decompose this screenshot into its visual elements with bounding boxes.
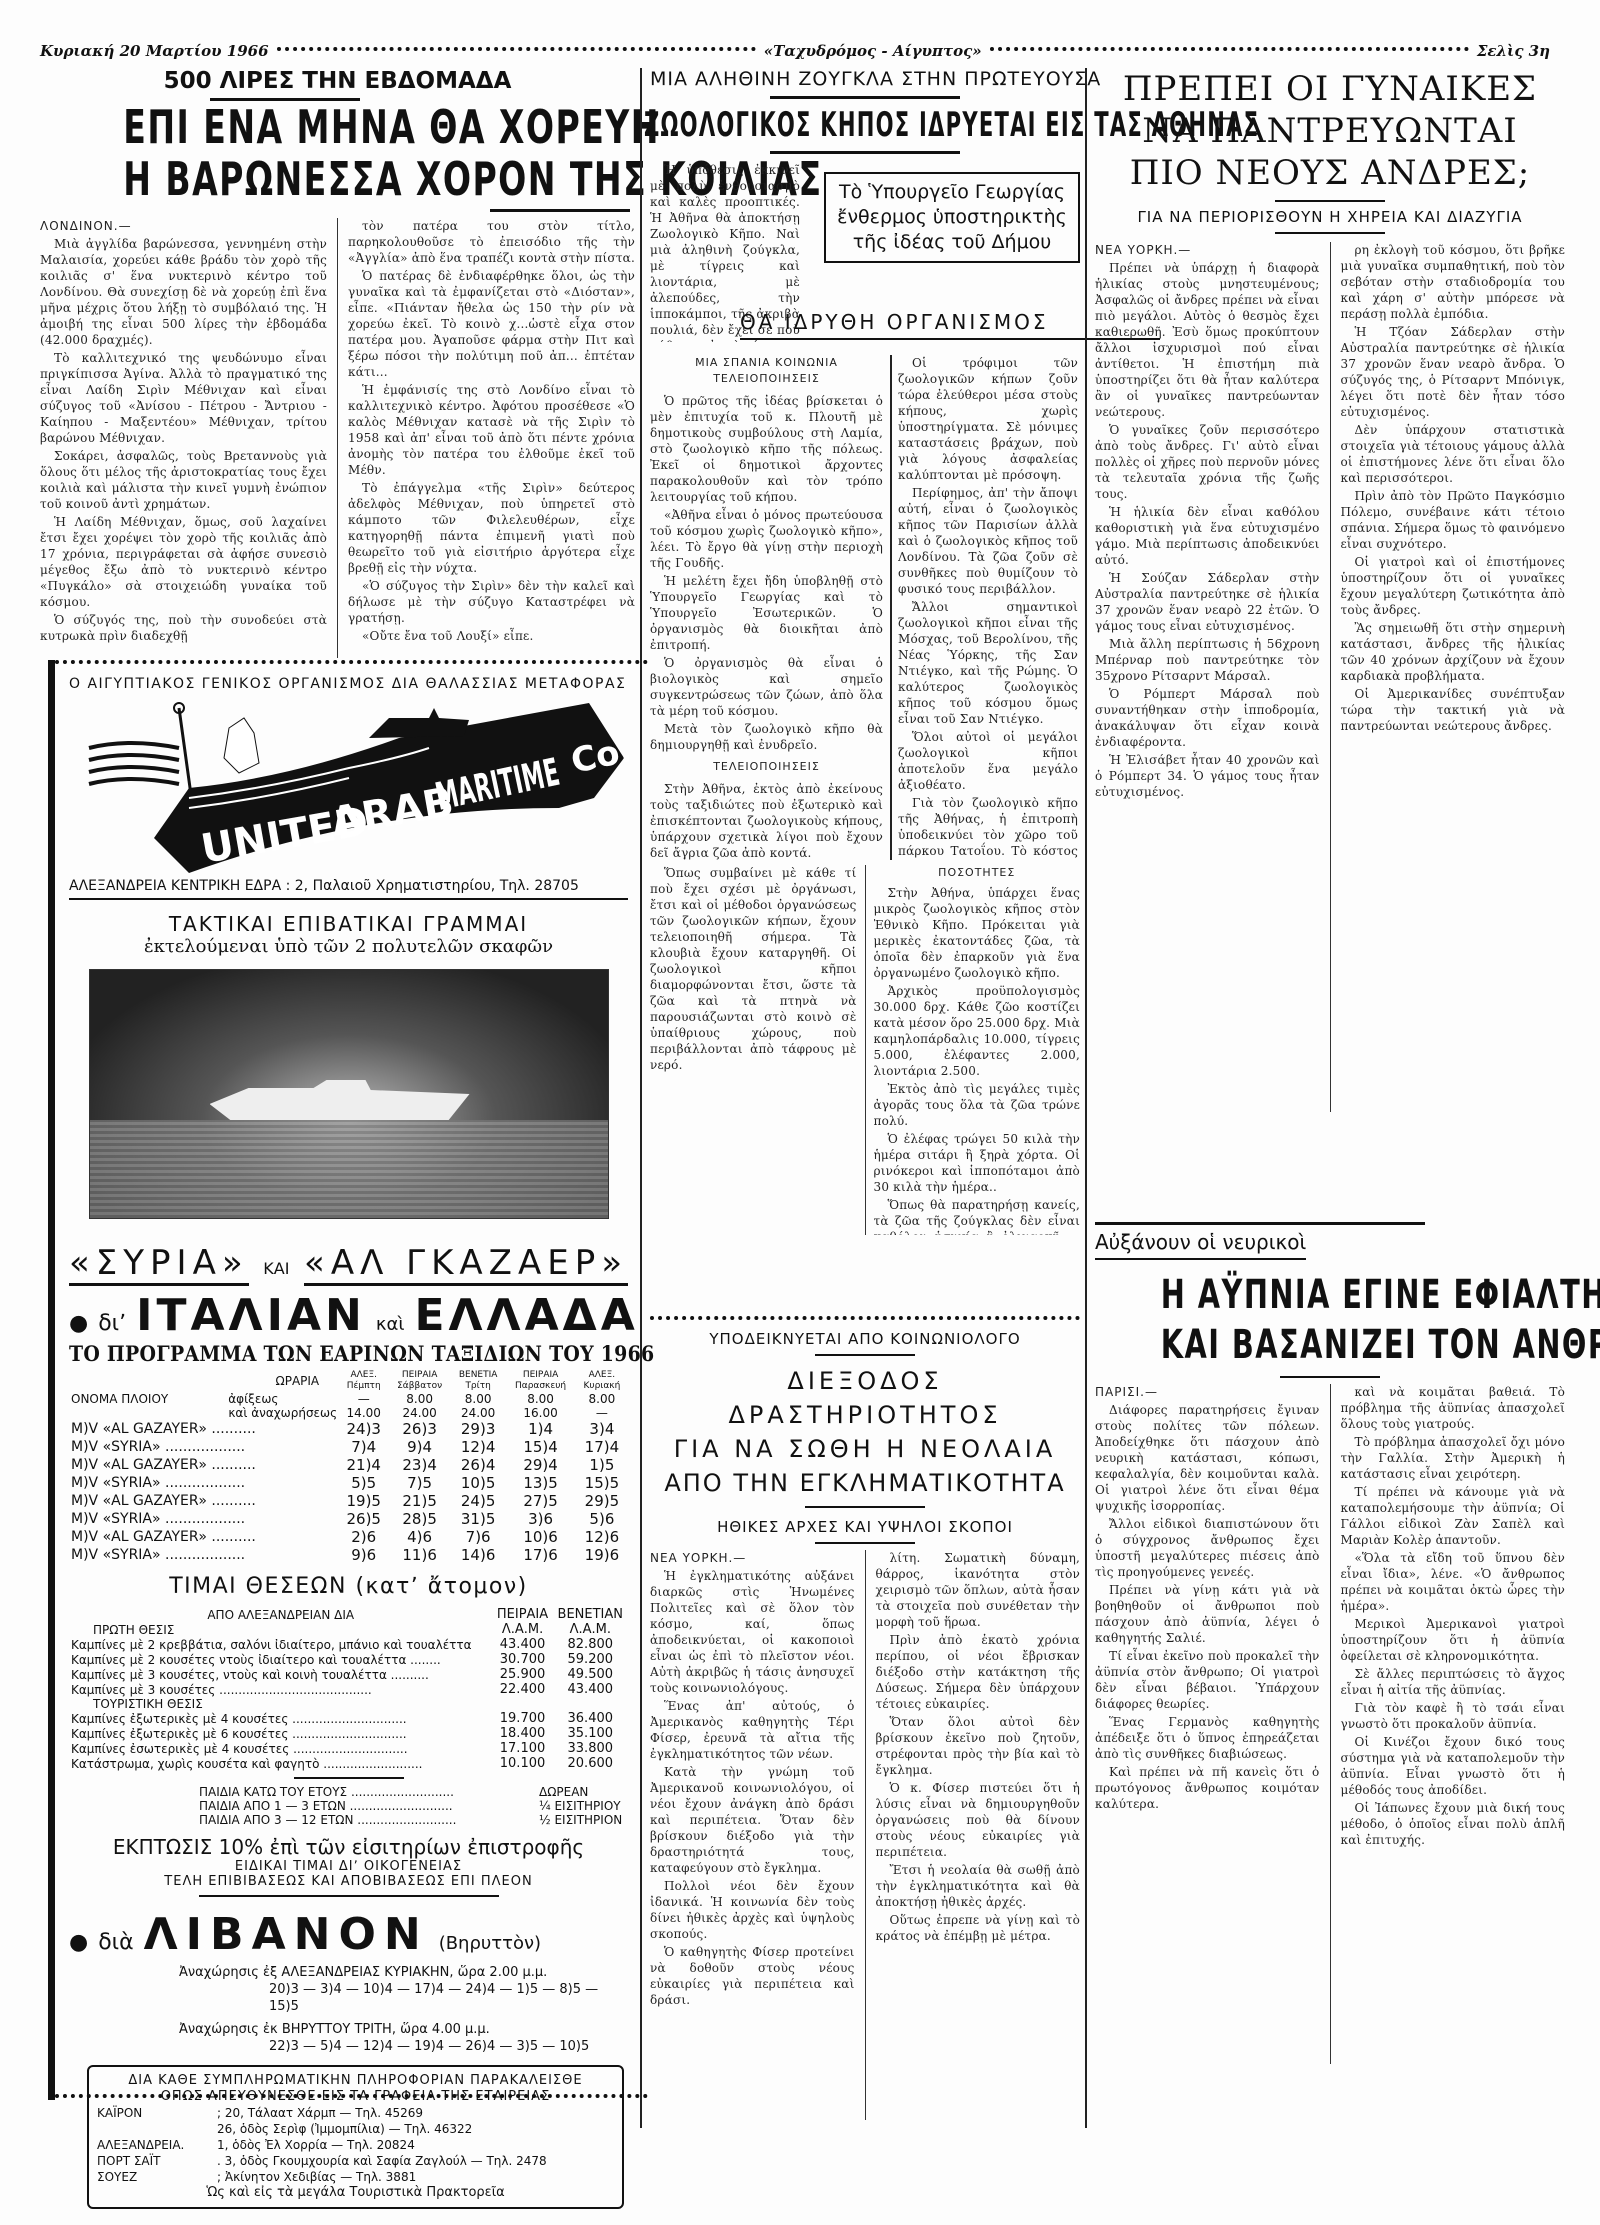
- paragraph: Ὅπως θὰ παρατηρήσῃ κανείς, τὰ ζῶα τῆς ζο…: [874, 1197, 1081, 1235]
- ship-name: M)V «SYRIA» ..................: [69, 1510, 339, 1528]
- office-row: ΠΟΡΤ ΣΑΪΤ. 3, ὁδὸς Γκουμχουρία καὶ Σαφία…: [97, 2153, 614, 2169]
- column-header: ΒΕΝΕΤΙΑΝ: [553, 1607, 628, 1622]
- office-address: ; Ἀκίνητον Χεδιβίας — Τηλ. 3881: [217, 2169, 416, 2185]
- paragraph: τὸν πατέρα του στὸν τίτλο, παρηκολουθοῦσ…: [348, 218, 635, 266]
- currency-label: Λ.Α.Μ.: [493, 1622, 553, 1637]
- divider: [1280, 1376, 1380, 1378]
- schedule-row: M)V «AL GAZAYER» ..........21)423)426)42…: [69, 1456, 628, 1474]
- paragraph: Ἡ Σούζαν Σάδερλαν στὴν Αὐστραλία παντρεύ…: [1095, 570, 1320, 634]
- sailing-date: 23)4: [388, 1456, 451, 1474]
- divider: [294, 1777, 404, 1779]
- office-city: ΠΟΡΤ ΣΑΪΤ: [97, 2153, 217, 2169]
- schedule-table: ΩΡΑΡΙΑ ΑΛΕΞ.Πέμπτη ΠΕΙΡΑΙΑΣάββατον ΒΕΝΕΤ…: [69, 1370, 628, 1564]
- sailing-date: 21)5: [388, 1492, 451, 1510]
- conjunction: ΚΑΙ: [263, 1259, 289, 1278]
- paragraph: Ἡ Ἐλισάβετ ἦταν 40 χρονῶν καὶ ὁ Ρόμπερτ …: [1095, 752, 1320, 800]
- paragraph: Μιὰ ἀγγλίδα βαρώνεσσα, γεννημένη στὴν Μα…: [40, 236, 327, 348]
- paragraph: Καὶ πρέπει νὰ πῆ κανεὶς ὅτι ὁ πρωτόγονος…: [1095, 1764, 1320, 1812]
- paragraph: Διάφορες παρατηρήσεις ἔγιναν στοὺς πολίτ…: [1095, 1402, 1320, 1514]
- fare-price: 43.400: [553, 1682, 628, 1697]
- column-rule: [890, 355, 892, 860]
- column-header: ΠΕΙΡΑΙΑΣάββατον: [388, 1370, 451, 1392]
- masthead-rule: [990, 47, 1469, 51]
- cabin-type: Καμπίνες ἐξωτερικὲς μὲ 6 κουσέτες ......…: [69, 1726, 493, 1741]
- article-kicker: ΥΠΟΔΕΙΚΝΥΕΤΑΙ ΑΠΟ ΚΟΙΝΩΝΙΟΛΟΓΟ: [650, 1330, 1080, 1348]
- article-kicker: 500 ΛΙΡΕΣ ΤΗΝ ΕΒΔΟΜΑΔΑ: [40, 68, 635, 94]
- embarkation-fees: ΤΕΛΗ ΕΠΙΒΙΒΑΣΕΩΣ ΚΑΙ ΑΠΟΒΙΒΑΣΕΩΣ ΕΠΙ ΠΛΕ…: [69, 1874, 628, 1889]
- ship-names: «ΣΥΡΙΑ» ΚΑΙ «ΑΛ ΓΚΑΖΑΕΡ»: [69, 1243, 628, 1286]
- fare-price: 82.800: [553, 1637, 628, 1652]
- fare-price: 49.500: [553, 1667, 628, 1682]
- office-row: ΣΟΥΕΖ; Ἀκίνητον Χεδιβίας — Τηλ. 3881: [97, 2169, 614, 2185]
- paragraph: Πρέπει νὰ ὑπάρχῃ ἡ διαφορὰ ἡλικίας στοὺς…: [1095, 260, 1320, 420]
- paragraph: Μερικοὶ Ἀμερικανοὶ γιατροὶ ὑποστηρίζουν …: [1341, 1616, 1566, 1664]
- schedule-row: M)V «AL GAZAYER» ..........19)521)524)52…: [69, 1492, 628, 1510]
- paragraph: Ἄλλοι σημαντικοὶ ζωολογικοὶ κῆποι εἶναι …: [898, 599, 1078, 727]
- departure-time: 16.00: [505, 1406, 575, 1420]
- paragraph: Σοκάρει, ἀσφαλῶς, τοὺς Βρεταννοὺς γιὰ ὅλ…: [40, 448, 327, 512]
- programme-title: ΤΟ ΠΡΟΓΡΑΜΜΑ ΤΩΝ ΕΑΡΙΝΩΝ ΤΑΞΙΔΙΩΝ ΤΟΥ 19…: [69, 1341, 572, 1366]
- paragraph: Δὲν ὑπάρχουν στατιστικὰ στοιχεῖα γιὰ τέτ…: [1341, 422, 1566, 486]
- column-header: ΠΕΙΡΑΙΑΠαρασκευή: [505, 1370, 575, 1392]
- bullet-icon: ●: [69, 1930, 88, 1955]
- dateline: ΝΕΑ ΥΟΡΚΗ.—: [650, 1550, 855, 1566]
- headline: ΠΡΕΠΕΙ ΟΙ ΓΥΝΑΙΚΕΣ: [1095, 68, 1565, 110]
- article-column: ρη ἐκλογὴ τοῦ κόσμου, ὅτι βρῆκε μιὰ γυνα…: [1341, 242, 1566, 1112]
- paragraph: Στὴν Ἀθήνα, ὑπάρχει ἕνας μικρὸς ζωολογικ…: [874, 885, 1081, 981]
- divider: [805, 1506, 925, 1508]
- column-header: ΠΕΙΡΑΙΑ: [493, 1607, 553, 1622]
- sailing-date: 24)5: [451, 1492, 505, 1510]
- child-age-label: ΠΑΙΔΙΑ ΑΠΟ 3 — 12 ΕΤΩΝ .................…: [199, 1813, 539, 1827]
- paragraph: λίτη. Σωματικὴ δύναμη, θάρρος, ἱκανότητα…: [876, 1550, 1081, 1630]
- fare-price: 18.400: [493, 1726, 553, 1741]
- ship-icon: [369, 708, 469, 738]
- article-insomnia: Αὐξάνουν οἱ νευρικοὶ Η ΑΫΠΝΙΑ ΕΓΙΝΕ ΕΦΙΑ…: [1095, 1230, 1565, 2064]
- paragraph: «Οὔτε ἔνα τοῦ Λουξί» εἶπε.: [348, 628, 635, 644]
- fare-row: Καμπίνες μὲ 3 κουσέτες, ντοὺς καὶ κοινὴ …: [69, 1667, 628, 1682]
- arrival-time: 8.00: [451, 1392, 505, 1406]
- sailing-date: 26)3: [388, 1420, 451, 1438]
- fare-price: 25.900: [493, 1667, 553, 1682]
- subheading: ΠΟΣΟΤΗΤΕΣ: [874, 865, 1081, 881]
- article-column: Οἱ τρόφιμοι τῶν ζωολογικῶν κήπων ζοῦν τώ…: [898, 355, 1078, 860]
- ship-name: M)V «AL GAZAYER» ..........: [69, 1420, 339, 1438]
- divider: [770, 96, 960, 99]
- shipping-advertisement: Ο ΑΙΓΥΠΤΙΑΚΟΣ ΓΕΝΙΚΟΣ ΟΡΓΑΝΙΣΜΟΣ ΔΙΑ ΘΑΛ…: [48, 660, 638, 2100]
- sailing-date: 9)6: [339, 1546, 388, 1564]
- column-rule: [1330, 1384, 1331, 2064]
- paragraph: Ὁ γυναῖκες ζοῦν περισσότερο ἀπὸ τοὺς ἄνδ…: [1095, 422, 1320, 502]
- subheading: ΜΙΑ ΣΠΑΝΙΑ ΚΟΙΝΩΝΙΑ ΤΕΛΕΙΟΠΟΙΗΣΕΙΣ: [650, 355, 883, 387]
- sailing-date: 14)6: [451, 1546, 505, 1564]
- paragraph: Ἡ Τζόαν Σάδερλαν στὴν Αὐστραλία παντρεύτ…: [1341, 324, 1566, 420]
- column-header: ΩΡΑΡΙΑ: [69, 1370, 339, 1392]
- subheading: ΤΕΛΕΙΟΠΟΙΗΣΕΙΣ: [650, 759, 883, 775]
- children-fares: ΠΑΙΔΙΑ ΚΑΤΩ ΤΟΥ ΕΤΟΥΣ ..................…: [69, 1785, 628, 1827]
- route-destination: ΙΤΑΛΙΑΝ: [136, 1290, 366, 1341]
- cabin-type: Καμπίνες ἐσωτερικὲς μὲ 4 κουσέτες ......…: [69, 1741, 493, 1756]
- divider: [815, 1542, 915, 1544]
- article-sociologist: ΥΠΟΔΕΙΚΝΥΕΤΑΙ ΑΠΟ ΚΟΙΝΩΝΙΟΛΟΓΟ ΔΙΕΞΟΔΟΣ …: [650, 1330, 1080, 2120]
- currency-label: Λ.Α.Μ.: [553, 1622, 628, 1637]
- paragraph: «Ὅλα τὰ εἴδη τοῦ ὕπνου δὲν εἶναι ἴδια», …: [1341, 1550, 1566, 1614]
- headline: ΑΠΟ ΤΗΝ ΕΓΚΛΗΜΑΤΙΚΟΤΗΤΑ: [650, 1466, 1080, 1500]
- paragraph: Ἕνας Γερμανὸς καθηγητὴς ἀπέδειξε ὅτι ὁ ὕ…: [1095, 1714, 1320, 1762]
- sailing-date: 29)5: [576, 1492, 628, 1510]
- issue-date: Κυριακή 20 Μαρτίου 1966: [40, 42, 269, 60]
- headline: ΔΙΕΞΟΔΟΣ ΔΡΑΣΤΗΡΙΟΤΗΤΟΣ: [650, 1364, 1080, 1432]
- route-destination: ΛΙΒΑΝΟΝ: [144, 1909, 429, 1960]
- paragraph: Ἡ μελέτη ἔχει ἤδη ὑποβληθῇ στὸ Ὑπουργεῖο…: [650, 573, 883, 653]
- paragraph: Οἱ τρόφιμοι τῶν ζωολογικῶν κήπων ζοῦν τώ…: [898, 355, 1078, 483]
- article-column: τὸν πατέρα του στὸν τίτλο, παρηκολουθοῦσ…: [348, 218, 635, 658]
- cabin-type: Καμπίνες ἐξωτερικὲς μὲ 4 κουσέτες ......…: [69, 1711, 493, 1726]
- sailing-date: 4)6: [388, 1528, 451, 1546]
- sailing-date: 17)6: [505, 1546, 575, 1564]
- contact-box: ΔΙΑ ΚΑΘΕ ΣΥΜΠΛΗΡΩΜΑΤΙΚΗΝ ΠΛΗΡΟΦΟΡΙΑΝ ΠΑΡ…: [87, 2065, 624, 2209]
- company-banner: UNITED ARAB MARITIME Co.: [69, 698, 628, 878]
- fare-price: 59.200: [553, 1652, 628, 1667]
- fare-row: Καμπίνες μὲ 3 κουσέτες .................…: [69, 1682, 628, 1697]
- office-address: ; 20, Τάλαατ Χάρμπ — Τηλ. 45269: [217, 2105, 423, 2121]
- paragraph: Ἡ ἡλικία δὲν εἶναι καθόλου καθοριστικὴ γ…: [1095, 504, 1320, 568]
- sailing-date: 15)4: [505, 1438, 575, 1456]
- paragraph: «Ἀθῆνα εἶναι ὁ μόνος πρωτεύουσα τοῦ κόσμ…: [650, 507, 883, 571]
- contact-footer: Ὡς καὶ εἰς τὰ μεγάλα Τουριστικὰ Πρακτορε…: [97, 2185, 614, 2201]
- sailing-date: 27)5: [505, 1492, 575, 1510]
- departure-info: Ἀναχώρησις ἐξ ΑΛΕΞΑΝΔΡΕΙΑΣ ΚΥΡΙΑΚΗΝ, ὥρα…: [179, 1964, 628, 1981]
- route-destination: ΕΛΛΑΔΑ: [414, 1290, 638, 1341]
- headline: ΖΩΟΛΟΓΙΚΟΣ ΚΗΠΟΣ ΙΔΡΥΕΤΑΙ ΕΙΣ ΤΑΣ ΑΘΗΝΑΣ: [644, 105, 1078, 145]
- fare-class: ΠΡΩΤΗ ΘΕΣΙΣ: [69, 1622, 493, 1637]
- paragraph: Οἱ Ἰάπωνες ἔχουν μιὰ δική τους μέθοδο, ὁ…: [1341, 1800, 1566, 1848]
- masthead: Κυριακή 20 Μαρτίου 1966 «Ταχυδρόμος - Αί…: [40, 40, 1550, 62]
- arrival-time: 8.00: [505, 1392, 575, 1406]
- paragraph: Σὲ ἄλλες περιπτώσεις τὸ ἄγχος εἶναι ἡ αἰ…: [1341, 1666, 1566, 1698]
- route-heading: ● διὰ ΛΙΒΑΝΟΝ (Βηρυττὸν): [69, 1909, 628, 1960]
- divider: [815, 1354, 915, 1356]
- paragraph: Ἄλλοι εἰδικοὶ διαπιστώνουν ὅτι ὁ σύγχρον…: [1095, 1516, 1320, 1580]
- cabin-type: Καμπίνες μὲ 3 κουσέτες .................…: [69, 1682, 493, 1697]
- sailing-date: 10)5: [451, 1474, 505, 1492]
- article-column: ΝΕΑ ΥΟΡΚΗ.— Ἡ ἐγκληματικότης αὐξάνει δια…: [650, 1550, 855, 2120]
- article-kicker: ΜΙΑ ΑΛΗΘΙΝΗ ΖΟΥΓΚΛΑ ΣΤΗΝ ΠΡΩΤΕΥΟΥΣΑ: [650, 68, 1080, 90]
- headline: Η ΑΫΠΝΙΑ ΕΓΙΝΕ ΕΦΙΑΛΤΗΣ: [1161, 1270, 1499, 1320]
- article-belly-dance: 500 ΛΙΡΕΣ ΤΗΝ ΕΒΔΟΜΑΔΑ ΕΠΙ ΕΝΑ ΜΗΝΑ ΘΑ Χ…: [40, 68, 635, 658]
- section-divider: [1095, 1222, 1425, 1225]
- route-prefix: διʼ: [98, 1311, 126, 1336]
- route-city: (Βηρυττὸν): [439, 1933, 541, 1954]
- sailing-date: 7)4: [339, 1438, 388, 1456]
- family-fares: ΕΙΔΙΚΑΙ ΤΙΜΑΙ ΔΙʼ ΟΙΚΟΓΕΝΕΙΑΣ: [69, 1859, 628, 1874]
- fare-price: 10.100: [493, 1756, 553, 1771]
- ad-headquarters: ΑΛΕΞΑΝΔΡΕΙΑ ΚΕΝΤΡΙΚΗ ΕΔΡΑ : 2, Παλαιοῦ Χ…: [69, 878, 628, 900]
- fare-price: 36.400: [553, 1711, 628, 1726]
- paragraph: Ὁ ὀργανισμὸς θὰ εἶναι ὁ βιολογικὸς καὶ σ…: [650, 655, 883, 719]
- fare-class: ΤΟΥΡΙΣΤΙΚΗ ΘΕΣΙΣ: [69, 1697, 493, 1711]
- child-fare: ΔΩΡΕΑΝ: [539, 1785, 588, 1799]
- paragraph: Τὸ πρόβλημα ἀπασχολεῖ ὄχι μόνο τὴν Γαλλί…: [1341, 1434, 1566, 1482]
- paragraph: καὶ νὰ κοιμᾶται βαθειά. Τὸ πρόβλημα τῆς …: [1341, 1384, 1566, 1432]
- article-column: ΜΙΑ ΣΠΑΝΙΑ ΚΟΙΝΩΝΙΑ ΤΕΛΕΙΟΠΟΙΗΣΕΙΣ Ὁ πρῶ…: [650, 355, 883, 860]
- column-header: ΑΛΕΞ.Πέμπτη: [339, 1370, 388, 1392]
- fare-price: 19.700: [493, 1711, 553, 1726]
- paragraph: Πρὶν ἀπὸ ἑκατὸ χρόνια περίπου, οἱ νέοι ἔ…: [876, 1632, 1081, 1712]
- paragraph: Ὁ πατέρας δὲ ἐνδιαφέρθηκε ὅλοι, ὡς τὴν γ…: [348, 268, 635, 380]
- departure-info: Ἀναχώρησις ἐκ ΒΗΡΥΤΤΟΥ ΤΡΙΤΗ, ὥρα 4.00 μ…: [179, 2021, 628, 2038]
- paragraph: Ὁ πρῶτος τῆς ἰδέας βρίσκεται ὁ μὲν ἐπιτυ…: [650, 393, 883, 505]
- contact-intro: ΔΙΑ ΚΑΘΕ ΣΥΜΠΛΗΡΩΜΑΤΙΚΗΝ ΠΛΗΡΟΦΟΡΙΑΝ ΠΑΡ…: [97, 2073, 614, 2089]
- sailing-date: 2)6: [339, 1528, 388, 1546]
- child-age-label: ΠΑΙΔΙΑ ΚΑΤΩ ΤΟΥ ΕΤΟΥΣ ..................…: [199, 1785, 539, 1799]
- child-fare-row: ΠΑΙΔΙΑ ΑΠΟ 1 — 3 ΕΤΩΝ ..................…: [199, 1799, 628, 1813]
- departure-time: 14.00: [339, 1406, 388, 1420]
- ad-organization: Ο ΑΙΓΥΠΤΙΑΚΟΣ ΓΕΝΙΚΟΣ ΟΡΓΑΝΙΣΜΟΣ ΔΙΑ ΘΑΛ…: [69, 676, 628, 692]
- paragraph: Ἡ ἐμφάνισίς της στὸ Λονδίνο εἶναι τὸ καλ…: [348, 382, 635, 478]
- sailing-date: 24)3: [339, 1420, 388, 1438]
- ship-name: M)V «SYRIA» ..................: [69, 1474, 339, 1492]
- paragraph: Ἀρχικὸς προϋπολογισμὸς 30.000 δρχ. Κάθε …: [874, 983, 1081, 1079]
- paragraph: Τὸ καλλιτεχνικό της ψευδώνυμο εἶναι πριγ…: [40, 350, 327, 446]
- office-row: ΚΑΪΡΟΝ; 20, Τάλαατ Χάρμπ — Τηλ. 45269: [97, 2105, 614, 2121]
- headline: ΓΙΑ ΝΑ ΣΩΘΗ Η ΝΕΟΛΑΙΑ: [650, 1432, 1080, 1466]
- sailing-date: 19)6: [576, 1546, 628, 1564]
- paragraph: Ἡ ἐγκληματικότης αὐξάνει διαρκῶς στὶς Ἡν…: [650, 1568, 855, 1696]
- cabin-type: Καμπίνες μὲ 2 κουσέτες ντοὺς ἰδιαίτερο κ…: [69, 1652, 493, 1667]
- eagle-icon: [224, 718, 259, 773]
- ship-photo: [89, 969, 609, 1219]
- column-rule: [337, 218, 338, 658]
- paragraph: Ἔτσι ἡ νεολαία θὰ σωθῇ ἀπὸ τὴν ἐγκληματι…: [876, 1862, 1081, 1910]
- article-column: ΠΟΣΟΤΗΤΕΣ Στὴν Ἀθήνα, ὑπάρχει ἕνας μικρὸ…: [874, 865, 1081, 1235]
- office-city: ΑΛΕΞΑΝΔΡΕΙΑ.: [97, 2137, 217, 2153]
- ship-name: M)V «AL GAZAYER» ..........: [69, 1456, 339, 1474]
- column-header: ΑΠΟ ΑΛΕΞΑΝΔΡΕΙΑΝ ΔΙΑ: [69, 1607, 493, 1622]
- headline: ΚΑΙ ΒΑΣΑΝΙΖΕΙ ΤΟΝ ΑΝΘΡΩΠΟΝ: [1161, 1320, 1499, 1370]
- paragraph: Μετὰ τὸν ζωολογικὸ κῆπο θὰ δημιουργηθῇ κ…: [650, 721, 883, 753]
- paragraph: Περίφημος, ἀπ' τὴν ἄποψι αὐτή, εἶναι ὁ ζ…: [898, 485, 1078, 597]
- pennant-flag-icon: UNITED ARAB MARITIME Co.: [69, 698, 629, 878]
- sailing-date: 15)5: [576, 1474, 628, 1492]
- child-fare: ¼ ΕΙΣΙΤΗΡΙΟΥ: [539, 1799, 621, 1813]
- paragraph: Ἐκτὸς ἀπὸ τὶς μεγάλες τιμὲς ἀγορᾶς τους …: [874, 1081, 1081, 1129]
- subheading: ΓΙΑ ΝΑ ΠΕΡΙΟΡΙΣΘΟΥΝ Η ΧΗΡΕΙΑ ΚΑΙ ΔΙΑΖΥΓΙ…: [1095, 208, 1565, 226]
- fare-price: 30.700: [493, 1652, 553, 1667]
- sailing-date: 3)6: [505, 1510, 575, 1528]
- ship-name: M)V «SYRIA» ..................: [69, 1546, 339, 1564]
- sailing-date: 10)6: [505, 1528, 575, 1546]
- departure-time: 24.00: [451, 1406, 505, 1420]
- dateline: ΛΟΝΔΙΝΟΝ.—: [40, 218, 327, 234]
- child-fare: ½ ΕΙΣΙΤΗΡΙΟΝ: [539, 1813, 622, 1827]
- paragraph: Οἱ γιατροὶ καὶ οἱ ἐπιστήμονες ὑποστηρίζο…: [1341, 554, 1566, 618]
- paper-name: «Ταχυδρόμος - Αίγυπτος»: [764, 42, 982, 60]
- paragraph: Μιὰ ἄλλη περίπτωσις ἡ 56χρονη Μπέρναρ πο…: [1095, 636, 1320, 684]
- headline: Η ΒΑΡΩΝΕΣΣΑ ΧΟΡΟΝ ΤΗΣ ΚΟΙΛΙΑΣ: [123, 153, 551, 205]
- paragraph: Οἱ Ἀμερικανίδες συνέπτυξαν τώρα τὴν τακτ…: [1341, 686, 1566, 734]
- sailing-date: 7)5: [388, 1474, 451, 1492]
- sailing-date: 1)4: [505, 1420, 575, 1438]
- headline: ΕΠΙ ΕΝΑ ΜΗΝΑ ΘΑ ΧΟΡΕΥΗ: [123, 101, 551, 153]
- paragraph: Ὁ σύζυγός της, ποὺ τὴν συνοδεύει στὰ κυτ…: [40, 612, 327, 644]
- paragraph: Ἂς σημειωθῆ ὅτι στὴν σημερινὴ κατάστασι,…: [1341, 620, 1566, 684]
- fare-price: 43.400: [493, 1637, 553, 1652]
- fare-class-row: ΠΡΩΤΗ ΘΕΣΙΣΛ.Α.Μ.Λ.Α.Μ.: [69, 1622, 628, 1637]
- paragraph: Πολλοὶ νέοι δὲν ἔχουν ἰδανικά. Ἡ κοινωνί…: [650, 1878, 855, 1942]
- departures: Ἀναχώρησις ἐξ ΑΛΕΞΑΝΔΡΕΙΑΣ ΚΥΡΙΑΚΗΝ, ὥρα…: [69, 1964, 628, 2055]
- column-rule: [1330, 242, 1331, 1112]
- fare-row: Καμπίνες ἐξωτερικὲς μὲ 4 κουσέτες ......…: [69, 1711, 628, 1726]
- currency-label: [493, 1697, 553, 1711]
- fare-price: 35.100: [553, 1726, 628, 1741]
- row-label: ΟΝΟΜΑ ΠΛΟΙΟΥἀφίξεως: [69, 1392, 339, 1406]
- office-city: ΣΟΥΕΖ: [97, 2169, 217, 2185]
- divider: [770, 151, 960, 154]
- sailing-date: 28)5: [388, 1510, 451, 1528]
- subheading: ΗΘΙΚΕΣ ΑΡΧΕΣ ΚΑΙ ΥΨΗΛΟΙ ΣΚΟΠΟΙ: [650, 1518, 1080, 1536]
- departure-time: —: [576, 1406, 628, 1420]
- fare-price: 20.600: [553, 1756, 628, 1771]
- ad-border: [55, 660, 648, 666]
- paragraph: Ὁ κ. Φίσερ πιστεύει ὅτι ἡ λύσις εἶναι νὰ…: [876, 1780, 1081, 1860]
- article-zoo: ΜΙΑ ΑΛΗΘΙΝΗ ΖΟΥΓΚΛΑ ΣΤΗΝ ΠΡΩΤΕΥΟΥΣΑ ΖΩΟΛ…: [650, 68, 1080, 342]
- fare-row: Καμπίνες μὲ 2 κρεββάτια, σαλόνι ἰδιαίτερ…: [69, 1637, 628, 1652]
- paragraph: Τί εἶναι ἐκεῖνο ποὺ προκαλεῖ τὴν ἀϋπνία …: [1095, 1648, 1320, 1712]
- prices-title: ΤΙΜΑΙ ΘΕΣΕΩΝ (κατʼ ἄτομον): [69, 1574, 628, 1599]
- paragraph: Τί πρέπει νὰ κάνουμε γιὰ νὰ καταπολεμήσο…: [1341, 1484, 1566, 1548]
- dateline: ΠΑΡΙΣΙ.—: [1095, 1384, 1320, 1400]
- fare-row: Καμπίνες μὲ 2 κουσέτες ντοὺς ἰδιαίτερο κ…: [69, 1652, 628, 1667]
- paragraph: Στὴν Ἀθῆνα, ἐκτὸς ἀπὸ ἐκείνους τοὺς ταξι…: [650, 781, 883, 860]
- child-fare-row: ΠΑΙΔΙΑ ΚΑΤΩ ΤΟΥ ΕΤΟΥΣ ..................…: [199, 1785, 628, 1799]
- sailing-date: 1)5: [576, 1456, 628, 1474]
- schedule-row: M)V «AL GAZAYER» ..........2)64)67)610)6…: [69, 1528, 628, 1546]
- fare-row: Καμπίνες ἐσωτερικὲς μὲ 4 κουσέτες ......…: [69, 1741, 628, 1756]
- ship-name: M)V «AL GAZAYER» ..........: [69, 1492, 339, 1510]
- sailing-date: 13)5: [505, 1474, 575, 1492]
- sailing-date: 7)6: [451, 1528, 505, 1546]
- office-address: . 3, ὁδὸς Γκουμχουρία καὶ Σαφία Ζαγλούλ …: [217, 2153, 547, 2169]
- row-label: καὶ ἀναχωρήσεως: [69, 1406, 339, 1420]
- column-rule: [640, 68, 642, 2128]
- office-address: 26, ὁδὸς Σερὶφ (Ἰμμομπίλια) — Τηλ. 46322: [217, 2121, 472, 2137]
- column-rule: [865, 1550, 866, 2120]
- office-city: ΚΑΪΡΟΝ: [97, 2105, 217, 2121]
- office-city: [97, 2121, 217, 2137]
- cabin-type: Κατάστρωμα, χωρὶς κουσέτα καὶ φαγητὸ ...…: [69, 1756, 493, 1771]
- sailing-date: 21)4: [339, 1456, 388, 1474]
- departure-dates: 22)3 — 5)4 — 12)4 — 19)4 — 26)4 — 3)5 — …: [179, 2038, 628, 2055]
- sailing-date: 19)5: [339, 1492, 388, 1510]
- route-heading: ● διʼ ΙΤΑΛΙΑΝ καὶ ΕΛΛΑΔΑ: [69, 1290, 628, 1341]
- departure-time: 24.00: [388, 1406, 451, 1420]
- article-women: ΠΡΕΠΕΙ ΟΙ ΓΥΝΑΙΚΕΣ ΝΑ ΠΑΝΤΡΕΥΩΝΤΑΙ ΠΙΟ Ν…: [1095, 68, 1565, 1112]
- fare-row: Κατάστρωμα, χωρὶς κουσέτα καὶ φαγητὸ ...…: [69, 1756, 628, 1771]
- column-header: ΒΕΝΕΤΙΑΤρίτη: [451, 1370, 505, 1392]
- child-fare-row: ΠΑΙΔΙΑ ΑΠΟ 3 — 12 ΕΤΩΝ .................…: [199, 1813, 628, 1827]
- paragraph: Ὅλοι αὐτοὶ οἱ μεγάλοι ζωολογικοὶ κῆποι ἀ…: [898, 729, 1078, 793]
- article-continuation: Ὅπως συμβαίνει μὲ κάθε τί ποὺ ἔχει σχέσι…: [650, 865, 1080, 1235]
- conjunction: καὶ: [376, 1314, 405, 1335]
- office-row: 26, ὁδὸς Σερὶφ (Ἰμμομπίλια) — Τηλ. 46322: [97, 2121, 614, 2137]
- arrival-time: 8.00: [388, 1392, 451, 1406]
- cabin-type: Καμπίνες μὲ 3 κουσέτες, ντοὺς καὶ κοινὴ …: [69, 1667, 493, 1682]
- office-row: ΑΛΕΞΑΝΔΡΕΙΑ.1, ὁδὸς Ἐλ Χορρία — Τηλ. 208…: [97, 2137, 614, 2153]
- divider: [199, 1895, 499, 1897]
- divider: [490, 209, 630, 212]
- sailing-date: 9)4: [388, 1438, 451, 1456]
- sailing-date: 5)5: [339, 1474, 388, 1492]
- column-rule: [1085, 68, 1087, 2128]
- paragraph: Τὸ ἐπάγγελμα «τῆς Σιρὶν» δεύτερος ἀδελφὸ…: [348, 480, 635, 576]
- boxed-subhead: Τὸ Ὑπουργεῖο Γεωργίας ἔνθερμος ὑποστηρικ…: [824, 172, 1080, 263]
- paragraph: ρη ἐκλογὴ τοῦ κόσμου, ὅτι βρῆκε μιὰ γυνα…: [1341, 242, 1566, 322]
- ship-name: M)V «SYRIA» ..................: [69, 1438, 339, 1456]
- headline: ΝΑ ΠΑΝΤΡΕΥΩΝΤΑΙ: [1095, 110, 1565, 152]
- schedule-row: M)V «SYRIA» ..................9)611)614)…: [69, 1546, 628, 1564]
- headline: ΠΙΟ ΝΕΟΥΣ ΑΝΔΡΕΣ;: [1095, 152, 1565, 194]
- paragraph: Ἕνας ἀπ' αὐτούς, ὁ Ἀμερικανὸς καθηγητὴς …: [650, 1698, 855, 1762]
- paragraph: Οἱ Κινέζοι ἔχουν δικό τους σύστημα γιὰ ν…: [1341, 1734, 1566, 1798]
- paragraph: Οὕτως ἐπρεπε νὰ γίνῃ καὶ τὸ κράτος νὰ ἐπ…: [876, 1912, 1081, 1944]
- article-column: ΝΕΑ ΥΟΡΚΗ.— Πρέπει νὰ ὑπάρχῃ ἡ διαφορὰ ἡ…: [1095, 242, 1320, 1112]
- paragraph: Ἡ Λαίδη Μέθνιχαν, ὅμως, σοῦ λαχαίνει ἔτσ…: [40, 514, 327, 610]
- sailing-date: 31)5: [451, 1510, 505, 1528]
- article-column: καὶ νὰ κοιμᾶται βαθειά. Τὸ πρόβλημα τῆς …: [1341, 1384, 1566, 2064]
- ad-lines-subtitle: ἐκτελούμεναι ὑπὸ τῶν 2 πολυτελῶν σκαφῶν: [69, 936, 628, 957]
- fare-price: 33.800: [553, 1741, 628, 1756]
- article-column: ΛΟΝΔΙΝΟΝ.— Μιὰ ἀγγλίδα βαρώνεσσα, γεννημ…: [40, 218, 327, 658]
- schedule-row: M)V «AL GAZAYER» ..........24)326)329)31…: [69, 1420, 628, 1438]
- divider: [1275, 232, 1385, 234]
- ship-icon: [210, 1080, 470, 1120]
- column-rule: [865, 865, 866, 1235]
- paragraph: Κατὰ τὴν γνώμη τοῦ Ἀμερικανοῦ κοινωνιολό…: [650, 1764, 855, 1876]
- paragraph: Ὁ Ρόμπερτ Μάρσαλ ποὺ συναντήθηκαν στὴν ἱ…: [1095, 686, 1320, 750]
- office-address: 1, ὁδὸς Ἐλ Χορρία — Τηλ. 20824: [217, 2137, 415, 2153]
- dateline: ΝΕΑ ΥΟΡΚΗ.—: [1095, 242, 1320, 258]
- article-column: λίτη. Σωματικὴ δύναμη, θάρρος, ἱκανότητα…: [876, 1550, 1081, 2120]
- ship-name: «ΑΛ ΓΚΑΖΑΕΡ»: [304, 1243, 628, 1286]
- prices-table: ΑΠΟ ΑΛΕΞΑΝΔΡΕΙΑΝ ΔΙΑ ΠΕΙΡΑΙΑ ΒΕΝΕΤΙΑΝ ΠΡ…: [69, 1607, 628, 1771]
- masthead-rule: [277, 47, 756, 51]
- arrival-time: 8.00: [576, 1392, 628, 1406]
- child-age-label: ΠΑΙΔΙΑ ΑΠΟ 1 — 3 ΕΤΩΝ ..................…: [199, 1799, 539, 1813]
- departure-dates: 20)3 — 3)4 — 10)4 — 17)4 — 24)4 — 1)5 — …: [179, 1981, 628, 2015]
- sailing-date: 3)4: [576, 1420, 628, 1438]
- schedule-row: M)V «SYRIA» ..................26)528)531…: [69, 1510, 628, 1528]
- sailing-date: 26)5: [339, 1510, 388, 1528]
- discount: ΕΚΠΤΩΣΙΣ 10% ἐπὶ τῶν εἰσιτηρίων ἐπιστροφ…: [69, 1835, 628, 1859]
- paragraph: Γιὰ τὸν ζωολογικὸ κῆπο τῆς Ἀθήνας, ἡ ἐπι…: [898, 795, 1078, 860]
- cabin-type: Καμπίνες μὲ 2 κρεββάτια, σαλόνι ἰδιαίτερ…: [69, 1637, 493, 1652]
- article-kicker: Αὐξάνουν οἱ νευρικοὶ: [1095, 1230, 1306, 1260]
- paragraph: Γιὰ τὸν καφὲ ἢ τὸ τσάι εἶναι γνωστὸ ὅτι …: [1341, 1700, 1566, 1732]
- fare-class-row: ΤΟΥΡΙΣΤΙΚΗ ΘΕΣΙΣ: [69, 1697, 628, 1711]
- article-column: ΠΑΡΙΣΙ.— Διάφορες παρατηρήσεις ἔγιναν στ…: [1095, 1384, 1320, 2064]
- schedule-row: M)V «SYRIA» ..................5)57)510)5…: [69, 1474, 628, 1492]
- sea: [90, 1120, 608, 1218]
- arrival-time: —: [339, 1392, 388, 1406]
- sailing-date: 5)6: [576, 1510, 628, 1528]
- ad-border: [55, 2094, 648, 2100]
- currency-label: [553, 1697, 628, 1711]
- ad-lines-title: ΤΑΚΤΙΚΑΙ ΕΠΙΒΑΤΙΚΑΙ ΓΡΑΜΜΑΙ: [69, 912, 628, 936]
- paragraph: Ὅπως συμβαίνει μὲ κάθε τί ποὺ ἔχει σχέσι…: [650, 865, 857, 1073]
- column-header: ΑΛΕΞ.Κυριακή: [576, 1370, 628, 1392]
- fare-price: 22.400: [493, 1682, 553, 1697]
